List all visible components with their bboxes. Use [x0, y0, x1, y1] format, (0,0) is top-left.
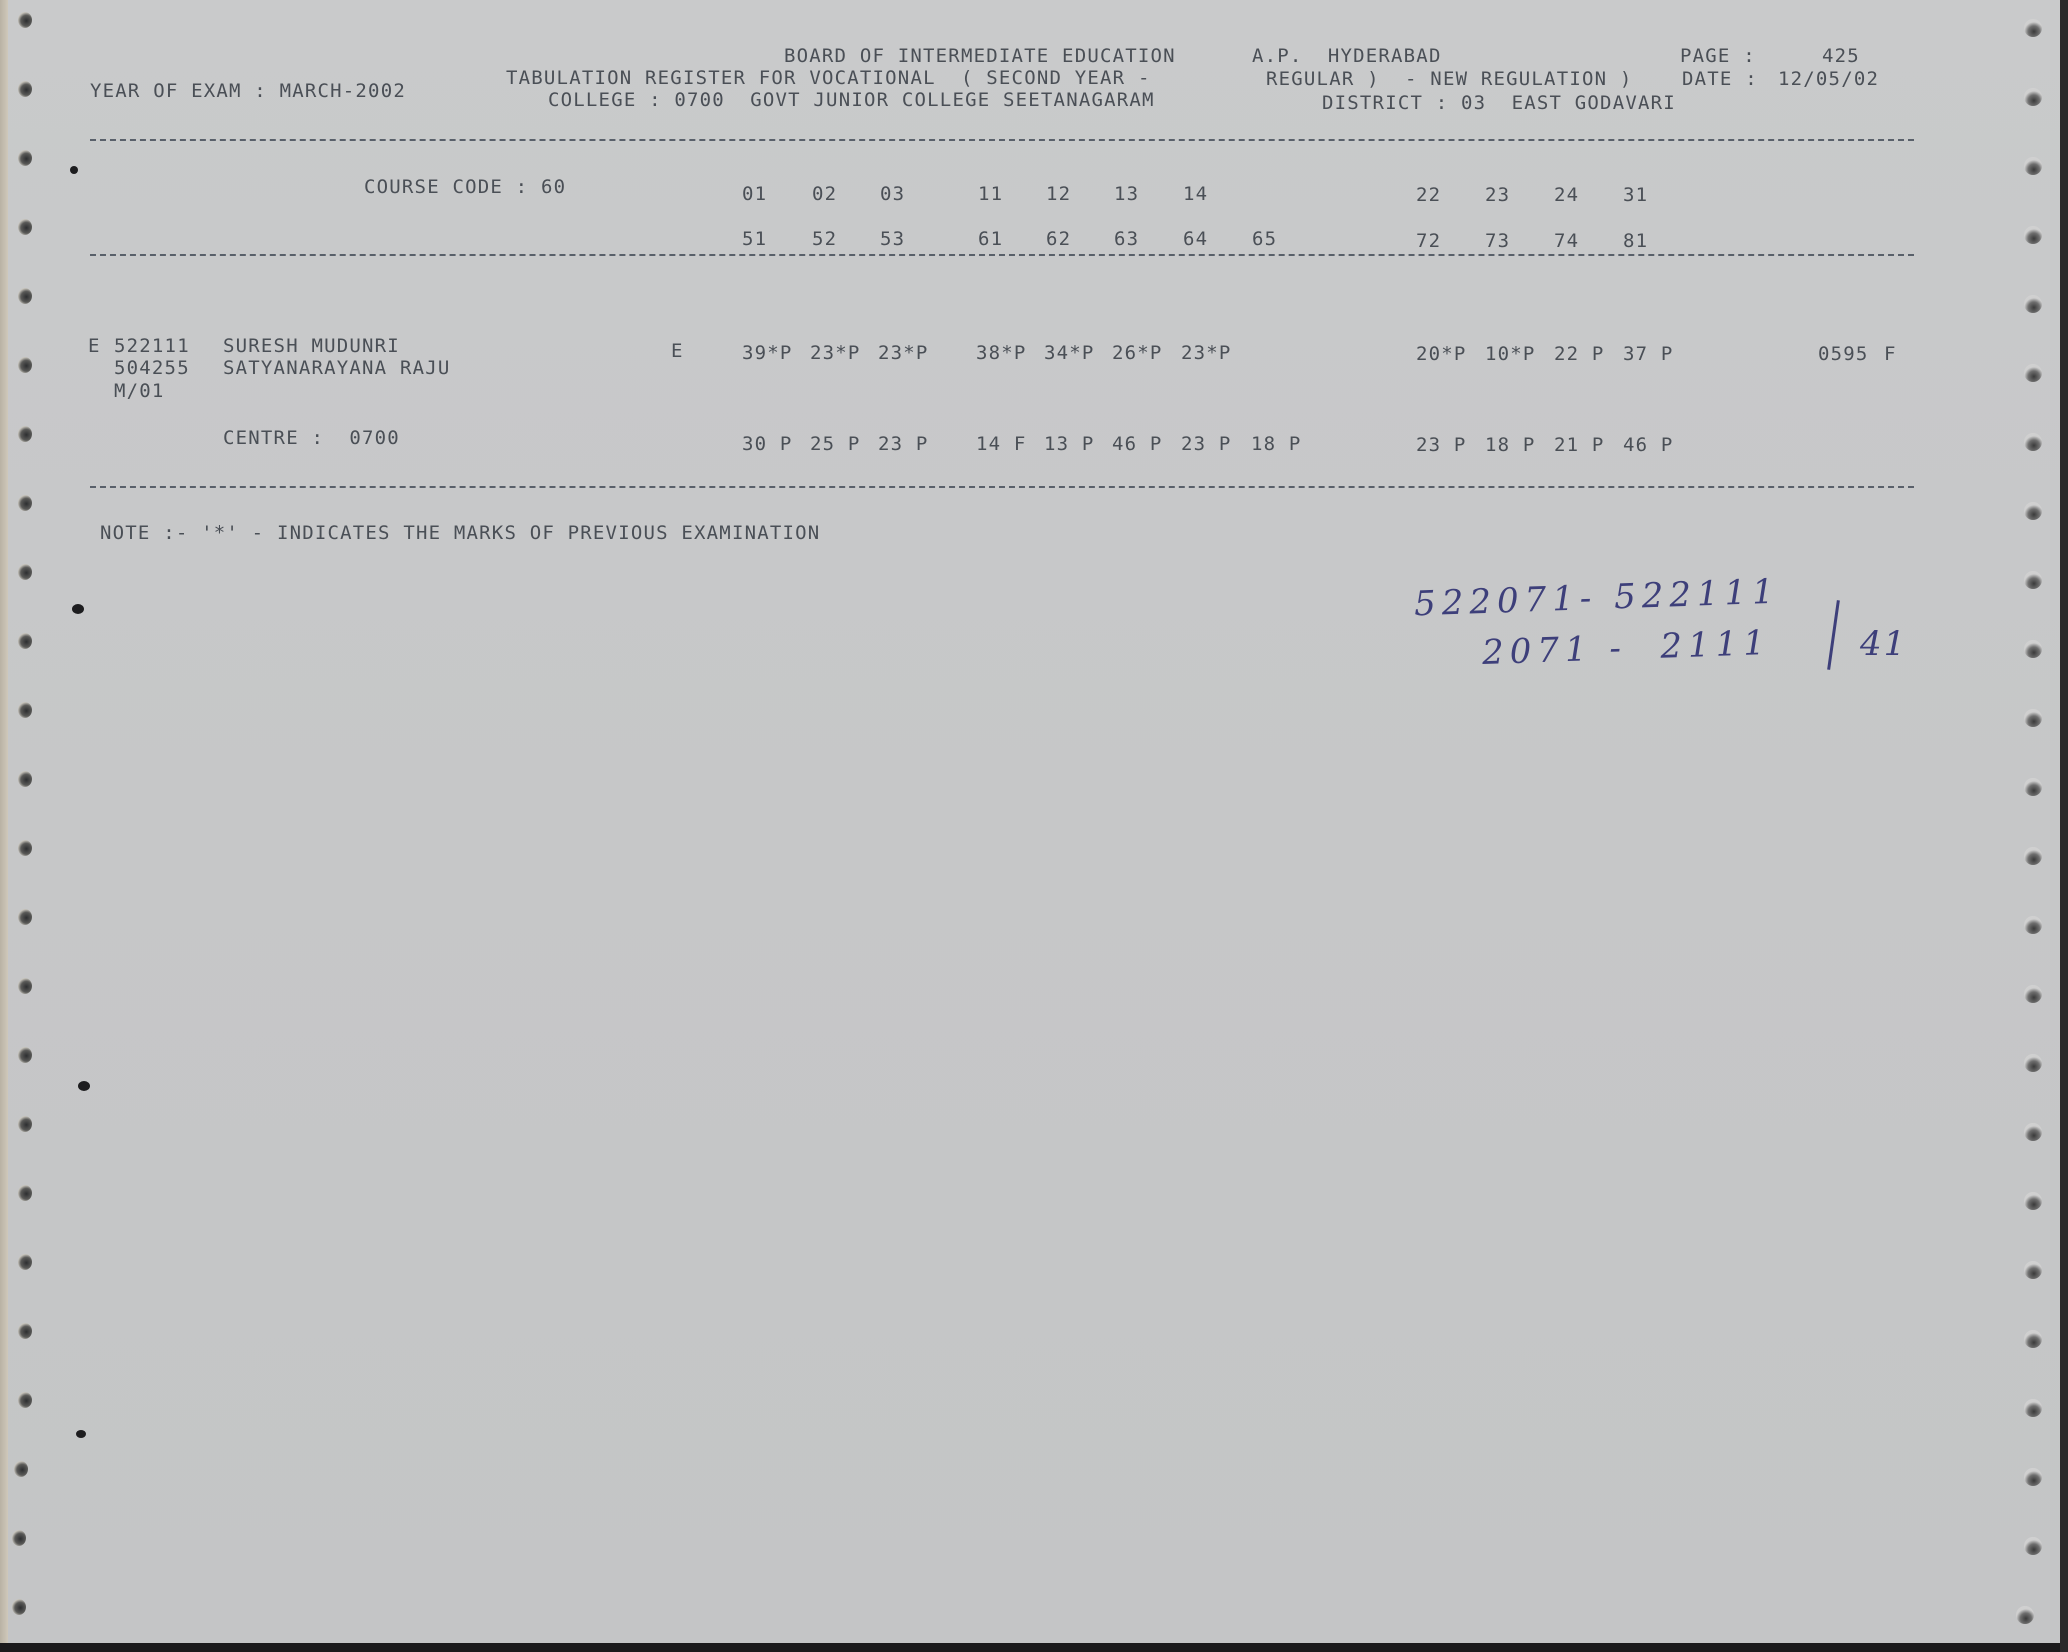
district-line: DISTRICT : 03 EAST GODAVARI — [1322, 92, 1676, 114]
subject-code: 81 — [1623, 230, 1648, 252]
page-number: 425 — [1822, 45, 1860, 67]
total-marks: 0595 — [1818, 343, 1869, 365]
course-code: COURSE CODE : 60 — [364, 176, 566, 198]
feed-hole-icon — [18, 978, 32, 994]
mark-cell: 23 P — [1181, 433, 1232, 455]
feed-hole-icon — [18, 771, 32, 787]
subject-code: 11 — [978, 183, 1003, 205]
student-name: SURESH MUDUNRI — [223, 335, 400, 357]
page-label: PAGE : — [1680, 45, 1756, 67]
feed-hole-icon — [2024, 1468, 2042, 1486]
feed-hole-icon — [18, 1392, 32, 1408]
subject-code: 23 — [1485, 184, 1510, 206]
subject-code: 63 — [1114, 228, 1139, 250]
feed-hole-icon — [2024, 364, 2042, 382]
feed-hole-icon — [2024, 295, 2042, 313]
tabulation-register-sheet: BOARD OF INTERMEDIATE EDUCATION A.P. HYD… — [0, 0, 2060, 1643]
feed-hole-icon — [2024, 433, 2042, 451]
feed-hole-icon — [18, 840, 32, 856]
feed-hole-icon — [18, 426, 32, 442]
mark-cell: 26*P — [1112, 342, 1163, 364]
subject-code: 31 — [1623, 184, 1648, 206]
mark-cell: 23 P — [878, 433, 929, 455]
mark-cell: 23*P — [878, 342, 929, 364]
feed-hole-icon — [2024, 1123, 2042, 1141]
feed-hole-icon — [18, 633, 32, 649]
feed-hole-icon — [2024, 19, 2042, 37]
mark-cell: 34*P — [1044, 342, 1095, 364]
feed-hole-icon — [18, 150, 32, 166]
student-id-number: 504255 — [114, 357, 190, 379]
feed-hole-icon — [2024, 1537, 2042, 1555]
feed-hole-icon — [18, 12, 32, 28]
feed-hole-icon — [2024, 1261, 2042, 1279]
feed-hole-icon — [2024, 157, 2042, 175]
subject-code: 01 — [742, 183, 767, 205]
paper-left-edge — [0, 0, 8, 1643]
mark-cell: 23 P — [1416, 434, 1467, 456]
handwritten-range-line-2: 2071 - 2111 — [1481, 623, 1771, 673]
subject-code: 22 — [1416, 184, 1441, 206]
date-label: DATE : — [1682, 68, 1758, 90]
feed-hole-icon — [2024, 640, 2042, 658]
mark-cell: 46 P — [1623, 434, 1674, 456]
register-title: TABULATION REGISTER FOR VOCATIONAL ( SEC… — [506, 67, 1151, 89]
medium: E — [671, 340, 684, 362]
subject-code: 53 — [880, 228, 905, 250]
mark-cell: 23*P — [1181, 342, 1232, 364]
subject-code: 52 — [812, 228, 837, 250]
feed-hole-icon — [18, 1047, 32, 1063]
feed-hole-icon — [2024, 1399, 2042, 1417]
gender-code: M/01 — [114, 380, 165, 402]
subject-code: 64 — [1183, 228, 1208, 250]
mark-cell: 18 P — [1251, 433, 1302, 455]
centre: CENTRE : 0700 — [223, 427, 400, 449]
subject-code: 62 — [1046, 228, 1071, 250]
feed-hole-icon — [18, 909, 32, 925]
regulation: REGULAR ) - NEW REGULATION ) — [1266, 68, 1633, 90]
subject-code: 02 — [812, 183, 837, 205]
mark-cell: 37 P — [1623, 343, 1674, 365]
feed-hole-icon — [2024, 571, 2042, 589]
subject-code: 72 — [1416, 230, 1441, 252]
punch-mark — [78, 1081, 90, 1091]
feed-hole-icon — [18, 1254, 32, 1270]
feed-hole-icon — [2024, 1330, 2042, 1348]
subject-code: 65 — [1252, 228, 1277, 250]
subject-code: 74 — [1554, 230, 1579, 252]
subject-code: 24 — [1554, 184, 1579, 206]
punch-mark — [72, 604, 84, 614]
hall-ticket-number: 522111 — [114, 335, 190, 357]
separator-top — [90, 139, 1914, 141]
feed-hole-icon — [18, 1323, 32, 1339]
punch-mark — [70, 166, 78, 174]
feed-hole-icon — [14, 1461, 28, 1477]
mark-cell: 20*P — [1416, 343, 1467, 365]
background-right — [2060, 0, 2068, 1652]
handwritten-range-line-1: 522071- 522111 — [1413, 572, 1780, 625]
feed-hole-icon — [18, 495, 32, 511]
feed-hole-icon — [18, 702, 32, 718]
feed-hole-icon — [18, 1116, 32, 1132]
mark-cell: 30 P — [742, 433, 793, 455]
feed-hole-icon — [2024, 778, 2042, 796]
subject-code: 51 — [742, 228, 767, 250]
feed-hole-icon — [2024, 985, 2042, 1003]
mark-cell: 23*P — [810, 342, 861, 364]
feed-hole-icon — [2024, 916, 2042, 934]
feed-hole-icon — [18, 564, 32, 580]
year-of-exam: YEAR OF EXAM : MARCH-2002 — [90, 80, 406, 102]
result-status: F — [1884, 343, 1897, 365]
punch-mark — [76, 1430, 86, 1438]
board-title: BOARD OF INTERMEDIATE EDUCATION — [784, 45, 1176, 67]
feed-hole-icon — [2024, 502, 2042, 520]
feed-hole-icon — [2024, 1054, 2042, 1072]
feed-hole-icon — [2024, 226, 2042, 244]
feed-hole-icon — [2024, 88, 2042, 106]
feed-hole-icon — [2024, 709, 2042, 727]
feed-hole-icon — [2024, 1192, 2042, 1210]
feed-hole-icon — [2016, 1606, 2034, 1624]
separator-bottom — [90, 486, 1914, 488]
mark-cell: 46 P — [1112, 433, 1163, 455]
handwritten-count: 41 — [1860, 624, 1907, 664]
mark-cell: 13 P — [1044, 433, 1095, 455]
mark-cell: 18 P — [1485, 434, 1536, 456]
feed-hole-icon — [18, 288, 32, 304]
footnote: NOTE :- '*' - INDICATES THE MARKS OF PRE… — [100, 522, 820, 544]
subject-code: 14 — [1183, 183, 1208, 205]
college-line: COLLEGE : 0700 GOVT JUNIOR COLLEGE SEETA… — [548, 89, 1155, 111]
mark-cell: 10*P — [1485, 343, 1536, 365]
state-city: A.P. HYDERABAD — [1252, 45, 1442, 67]
mark-cell: 39*P — [742, 342, 793, 364]
mark-cell: 25 P — [810, 433, 861, 455]
feed-hole-icon — [12, 1599, 26, 1615]
feed-hole-icon — [18, 1185, 32, 1201]
feed-hole-icon — [2024, 847, 2042, 865]
mark-cell: 38*P — [976, 342, 1027, 364]
student-category: E — [88, 335, 101, 357]
print-date: 12/05/02 — [1778, 68, 1879, 90]
subject-code: 61 — [978, 228, 1003, 250]
subject-code: 73 — [1485, 230, 1510, 252]
mark-cell: 21 P — [1554, 434, 1605, 456]
feed-hole-icon — [18, 81, 32, 97]
handwritten-divider — [1827, 600, 1840, 670]
separator-mid — [90, 254, 1914, 256]
feed-hole-icon — [18, 357, 32, 373]
father-name: SATYANARAYANA RAJU — [223, 357, 451, 379]
subject-code: 12 — [1046, 183, 1071, 205]
feed-hole-icon — [18, 219, 32, 235]
subject-code: 13 — [1114, 183, 1139, 205]
mark-cell: 14 F — [976, 433, 1027, 455]
feed-hole-icon — [12, 1530, 26, 1546]
mark-cell: 22 P — [1554, 343, 1605, 365]
subject-code: 03 — [880, 183, 905, 205]
